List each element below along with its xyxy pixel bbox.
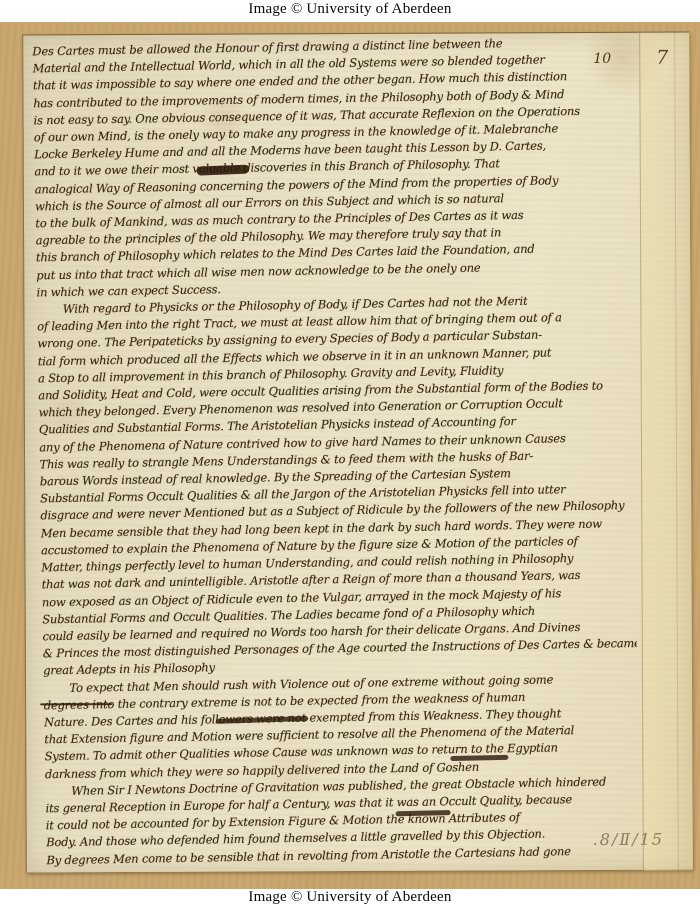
adjacent-folio-number: 7	[656, 47, 668, 69]
shelfmark-pencil: .8/Ⅱ/15	[593, 830, 664, 849]
ink-underline	[40, 703, 112, 705]
image-credit-bottom: Image © University of Aberdeen	[0, 889, 700, 906]
manuscript-page: 10 7 Des Cartes must be allowed the Hono…	[22, 32, 693, 873]
manuscript-text: Des Cartes must be allowed the Honour of…	[32, 33, 640, 869]
scanned-manuscript-view: Image © University of Aberdeen 10 7 Des …	[0, 0, 700, 910]
image-credit-top: Image © University of Aberdeen	[0, 1, 700, 18]
page-fold	[639, 33, 693, 871]
